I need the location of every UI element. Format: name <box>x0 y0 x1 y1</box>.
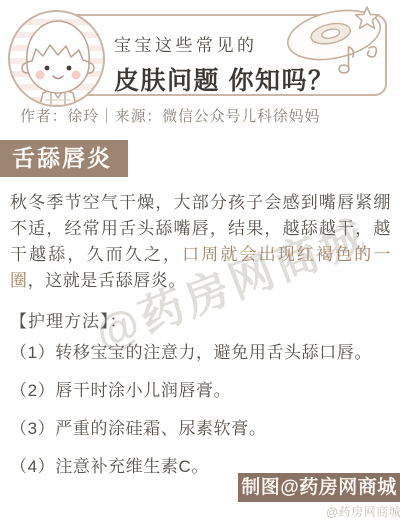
care-methods-title: 【护理方法】： <box>10 307 128 332</box>
page-title-line2: 皮肤问题 你知吗？ <box>114 61 334 97</box>
care-item-2: （2）唇干时涂小儿润唇膏。 <box>10 372 395 410</box>
music-note-icon <box>335 38 387 83</box>
header-titles: 宝宝这些常见的 皮肤问题 你知吗？ <box>114 31 334 97</box>
intro-paragraph: 秋冬季节空气干燥，大部分孩子会感到嘴唇紧绷不适，经常用舌头舔嘴唇，结果，越舔越干… <box>10 190 391 294</box>
paragraph-text-end: ，这就是舌舔唇炎。 <box>28 271 186 290</box>
small-watermark: @药房网商城 <box>326 503 400 520</box>
care-item-3: （3）严重的涂硅霜、尿素软膏。 <box>10 410 395 448</box>
care-item-1: （1）转移宝宝的注意力，避免用舌头舔口唇。 <box>10 334 395 372</box>
credit-badge: 制图@药房网商城 <box>238 473 400 502</box>
child-avatar-icon <box>8 10 105 107</box>
byline: 作者：徐玲｜来源：微信公众号儿科徐妈妈 <box>20 105 320 126</box>
star-icon <box>352 4 382 39</box>
section-label: 舌舔唇炎 <box>0 140 128 177</box>
page-title-line1: 宝宝这些常见的 <box>114 31 334 56</box>
care-methods-list: （1）转移宝宝的注意力，避免用舌头舔口唇。 （2）唇干时涂小儿润唇膏。 （3）严… <box>10 334 395 486</box>
infographic-page: 宝宝这些常见的 皮肤问题 你知吗？ 作者：徐玲｜来源：微信公众号儿科徐妈妈 舌舔… <box>0 0 400 521</box>
